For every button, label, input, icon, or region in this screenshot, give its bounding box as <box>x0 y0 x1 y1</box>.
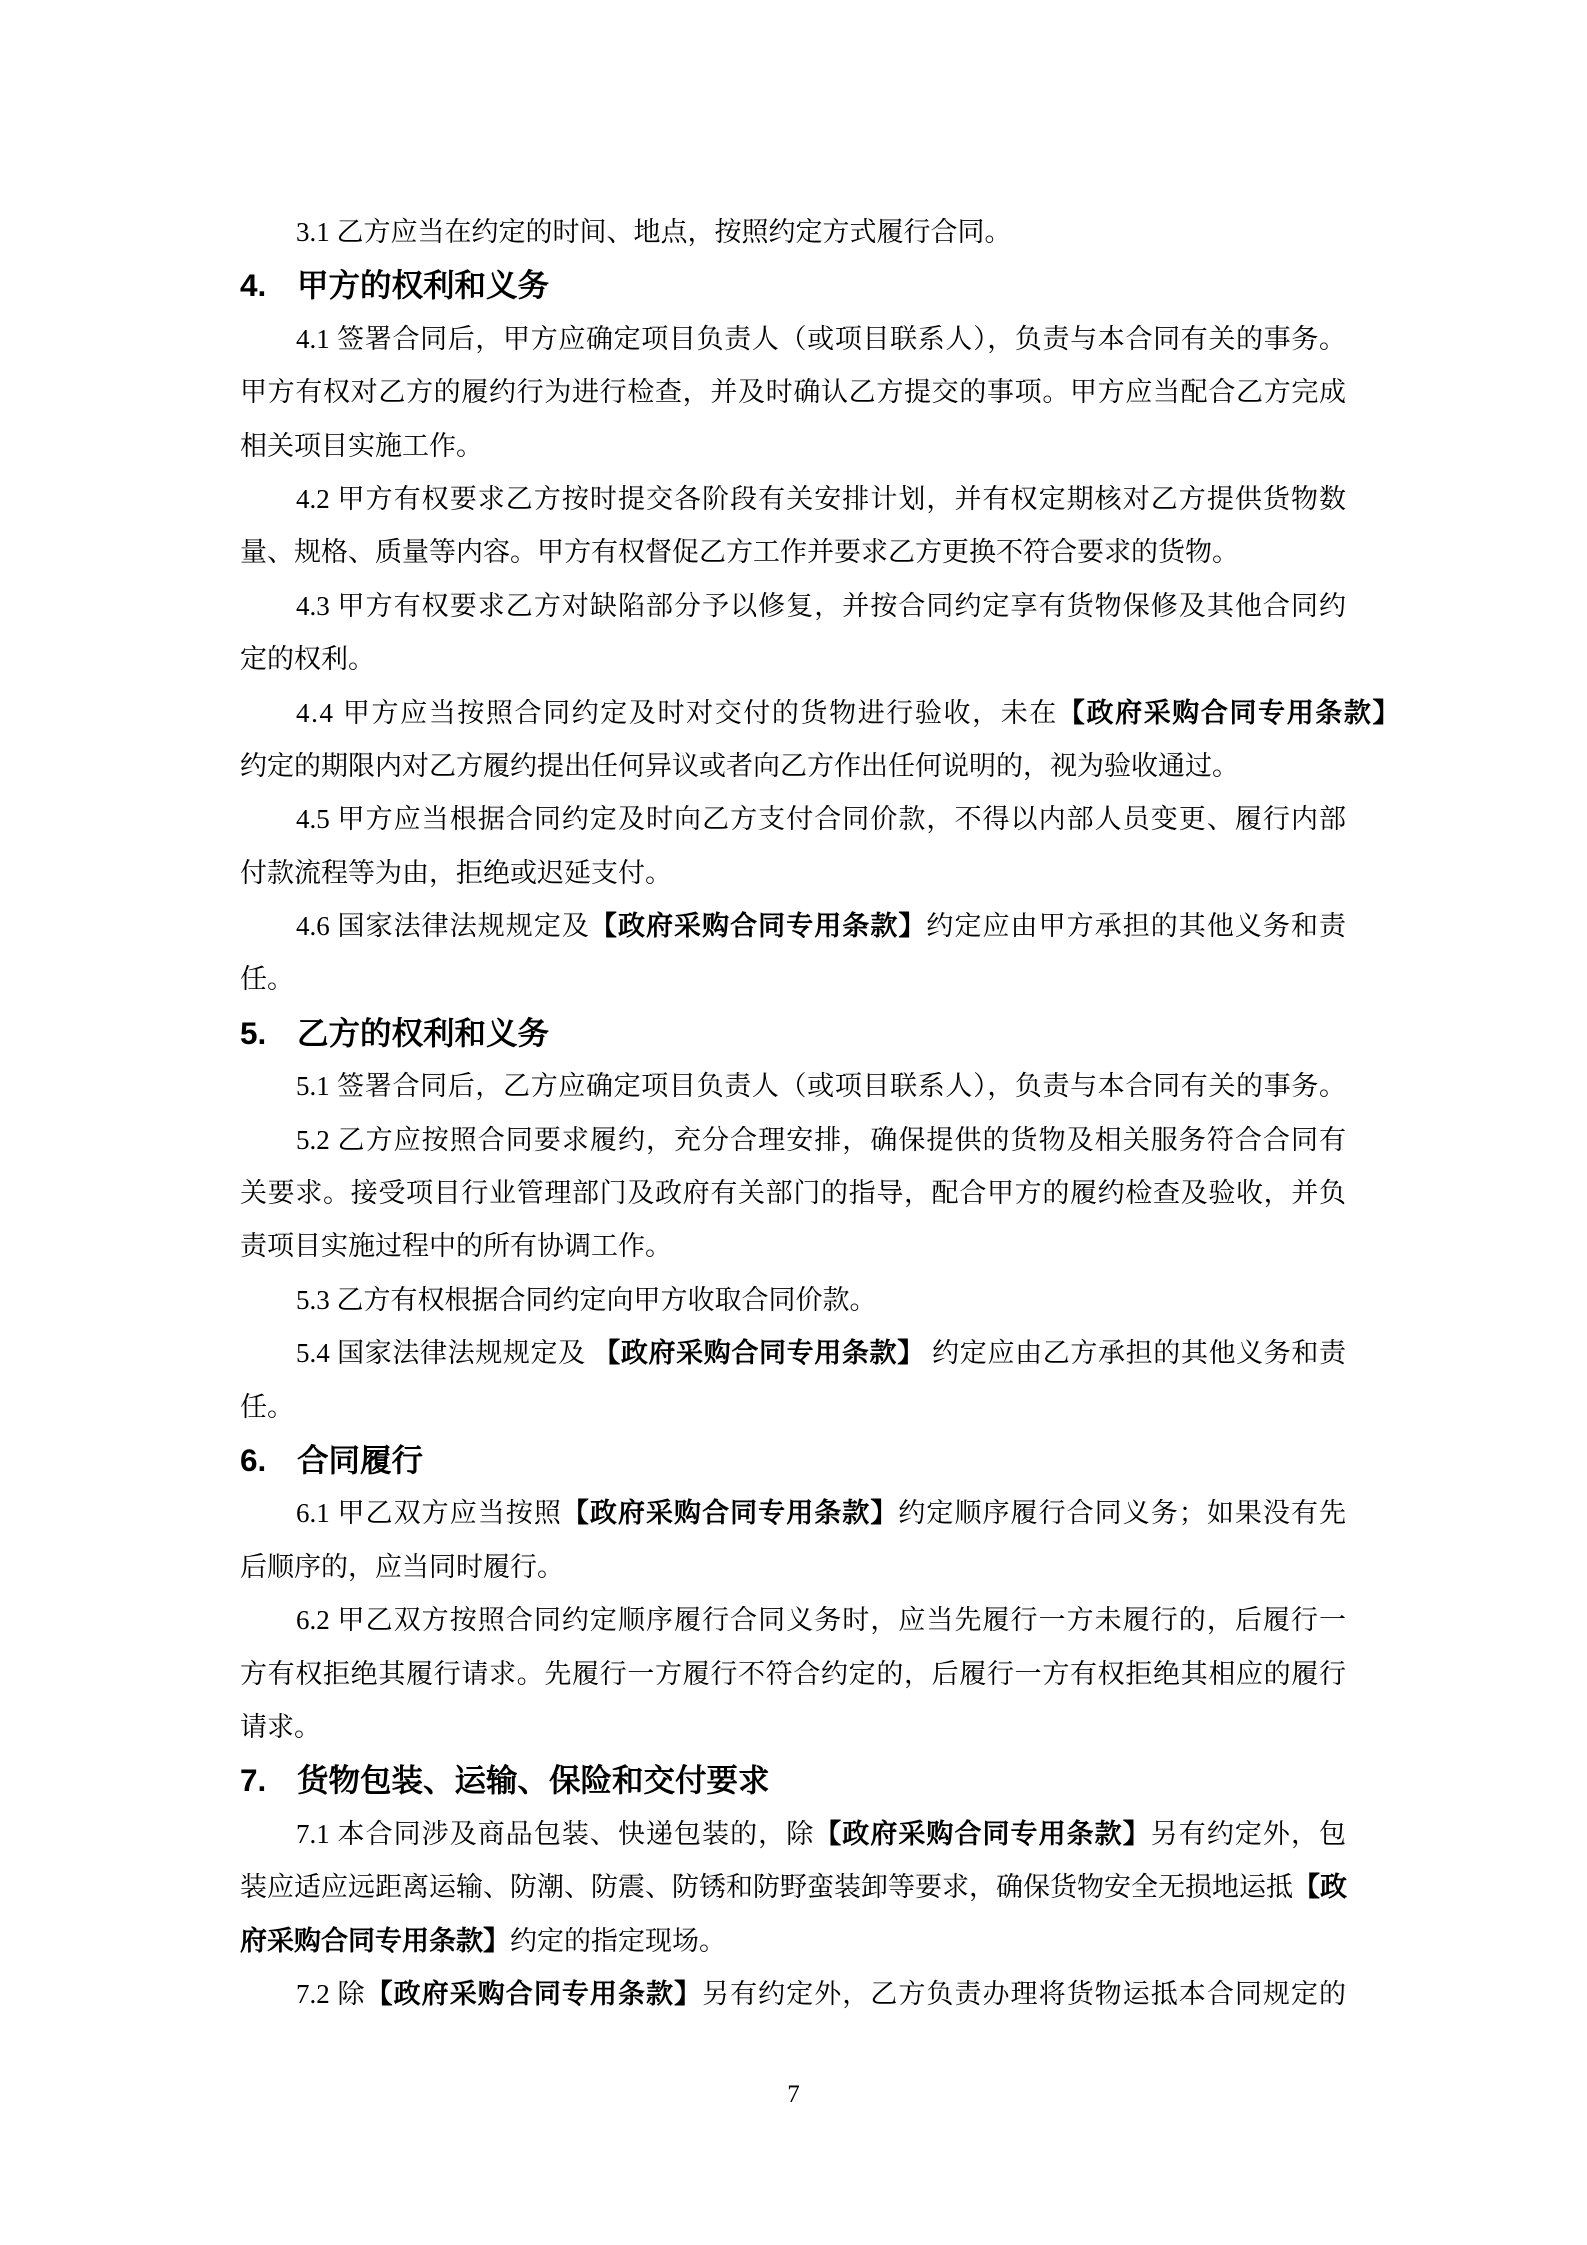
text-run: 5.4 国家法律法规规定及 <box>296 1338 593 1368</box>
paragraph-line: 7.2 除【政府采购合同专用条款】另有约定外，乙方负责办理将货物运抵本合同规定的 <box>240 1968 1346 2021</box>
text-run: 另有约定外，包 <box>1151 1819 1346 1849</box>
text-run: 量、规格、质量等内容。甲方有权督促乙方工作并要求乙方更换不符合要求的货物。 <box>240 537 1239 567</box>
text-run: 付款流程等为由，拒绝或迟延支付。 <box>240 858 672 888</box>
special-terms-reference: 【政府采购合同专用条款】 <box>590 911 927 941</box>
text-run: 6.1 甲乙双方应当按照 <box>296 1498 562 1528</box>
special-terms-reference: 【政府采购合同专用条款】 <box>1058 698 1401 728</box>
paragraph-line: 4.1 签署合同后，甲方应确定项目负责人（或项目联系人），负责与本合同有关的事务… <box>240 313 1346 366</box>
paragraph-line: 7.1 本合同涉及商品包装、快递包装的，除【政府采购合同专用条款】另有约定外，包 <box>240 1808 1346 1861</box>
special-terms-reference: 【政府采购合同专用条款】 <box>562 1498 899 1528</box>
text-run: 约定应由甲方承担的其他义务和责 <box>926 911 1346 941</box>
text-run: 4.5 甲方应当根据合同约定及时向乙方支付合同价款，不得以内部人员变更、履行内部 <box>296 804 1346 834</box>
section-heading: 5.乙方的权利和义务 <box>240 1007 1346 1060</box>
section-heading: 4.甲方的权利和义务 <box>240 259 1346 312</box>
text-run: 约定顺序履行合同义务；如果没有先 <box>898 1498 1346 1528</box>
paragraph-line: 5.2 乙方应按照合同要求履约，充分合理安排，确保提供的货物及相关服务符合合同有 <box>240 1114 1346 1167</box>
section-heading: 7.货物包装、运输、保险和交付要求 <box>240 1754 1346 1807</box>
heading-number: 4. <box>240 259 297 312</box>
text-run: 责项目实施过程中的所有协调工作。 <box>240 1231 672 1261</box>
text-run: 另有约定外，乙方负责办理将货物运抵本合同规定的 <box>702 1979 1346 2009</box>
text-run: 约定的期限内对乙方履约提出任何异议或者向乙方作出任何说明的，视为验收通过。 <box>240 751 1239 781</box>
paragraph-line: 3.1 乙方应当在约定的时间、地点，按照约定方式履行合同。 <box>240 206 1346 259</box>
paragraph-line: 方有权拒绝其履行请求。先履行一方履行不符合约定的，后履行一方有权拒绝其相应的履行 <box>240 1648 1346 1701</box>
paragraph-line: 量、规格、质量等内容。甲方有权督促乙方工作并要求乙方更换不符合要求的货物。 <box>240 526 1346 579</box>
text-run: 5.1 签署合同后，乙方应确定项目负责人（或项目联系人），负责与本合同有关的事务… <box>296 1071 1346 1101</box>
paragraph-line: 府采购合同专用条款】约定的指定现场。 <box>240 1915 1346 1968</box>
special-terms-reference: 【政府采购合同专用条款】 <box>814 1819 1151 1849</box>
text-run: 7.1 本合同涉及商品包装、快递包装的，除 <box>296 1819 814 1849</box>
text-run: 5.3 乙方有权根据合同约定向甲方收取合同价款。 <box>296 1285 877 1315</box>
text-run: 装应适应远距离运输、防潮、防震、防锈和防野蛮装卸等要求，确保货物安全无损地运抵 <box>240 1872 1293 1902</box>
text-run: 约定的指定现场。 <box>510 1926 726 1956</box>
paragraph-line: 4.4 甲方应当按照合同约定及时对交付的货物进行验收，未在【政府采购合同专用条款… <box>240 687 1346 740</box>
paragraph-line: 5.1 签署合同后，乙方应确定项目负责人（或项目联系人），负责与本合同有关的事务… <box>240 1060 1346 1113</box>
text-run: 4.6 国家法律法规规定及 <box>296 911 590 941</box>
heading-title: 甲方的权利和义务 <box>297 267 549 303</box>
text-run: 7.2 除 <box>296 1979 366 2009</box>
page-number: 7 <box>787 2081 800 2108</box>
heading-number: 6. <box>240 1434 297 1487</box>
paragraph-line: 5.3 乙方有权根据合同约定向甲方收取合同价款。 <box>240 1274 1346 1327</box>
paragraph-line: 4.6 国家法律法规规定及【政府采购合同专用条款】约定应由甲方承担的其他义务和责 <box>240 900 1346 953</box>
paragraph-line: 任。 <box>240 1381 1346 1434</box>
special-terms-reference: 【政府采购合同专用条款】 <box>366 1979 703 2009</box>
paragraph-line: 4.3 甲方有权要求乙方对缺陷部分予以修复，并按合同约定享有货物保修及其他合同约 <box>240 580 1346 633</box>
heading-number: 5. <box>240 1007 297 1060</box>
special-terms-reference: 【政府采购合同专用条款】 <box>593 1338 925 1368</box>
paragraph-line: 付款流程等为由，拒绝或迟延支付。 <box>240 847 1346 900</box>
page-footer: 7 <box>0 2080 1587 2110</box>
special-terms-reference: 府采购合同专用条款】 <box>240 1926 510 1956</box>
text-run: 5.2 乙方应按照合同要求履约，充分合理安排，确保提供的货物及相关服务符合合同有 <box>296 1125 1346 1155</box>
paragraph-line: 6.2 甲乙双方按照合同约定顺序履行合同义务时，应当先履行一方未履行的，后履行一 <box>240 1594 1346 1647</box>
paragraph-line: 甲方有权对乙方的履约行为进行检查，并及时确认乙方提交的事项。甲方应当配合乙方完成 <box>240 366 1346 419</box>
paragraph-line: 4.5 甲方应当根据合同约定及时向乙方支付合同价款，不得以内部人员变更、履行内部 <box>240 793 1346 846</box>
heading-title: 乙方的权利和义务 <box>297 1015 549 1051</box>
text-run: 4.4 甲方应当按照合同约定及时对交付的货物进行验收，未在 <box>296 698 1058 728</box>
paragraph-line: 4.2 甲方有权要求乙方按时提交各阶段有关安排计划，并有权定期核对乙方提供货物数 <box>240 473 1346 526</box>
text-run: 请求。 <box>240 1712 321 1742</box>
paragraph-line: 请求。 <box>240 1701 1346 1754</box>
contract-document-page: 3.1 乙方应当在约定的时间、地点，按照约定方式履行合同。4.甲方的权利和义务4… <box>0 0 1587 2245</box>
text-run: 6.2 甲乙双方按照合同约定顺序履行合同义务时，应当先履行一方未履行的，后履行一 <box>296 1605 1346 1635</box>
text-run: 4.1 签署合同后，甲方应确定项目负责人（或项目联系人），负责与本合同有关的事务… <box>296 324 1346 354</box>
paragraph-line: 关要求。接受项目行业管理部门及政府有关部门的指导，配合甲方的履约检查及验收，并负 <box>240 1167 1346 1220</box>
text-run: 任。 <box>240 1392 294 1422</box>
text-run: 关要求。接受项目行业管理部门及政府有关部门的指导，配合甲方的履约检查及验收，并负 <box>240 1178 1346 1208</box>
heading-title: 货物包装、运输、保险和交付要求 <box>297 1762 770 1798</box>
text-run: 3.1 乙方应当在约定的时间、地点，按照约定方式履行合同。 <box>296 217 1012 247</box>
paragraph-line: 任。 <box>240 953 1346 1006</box>
section-heading: 6.合同履行 <box>240 1434 1346 1487</box>
text-run: 4.2 甲方有权要求乙方按时提交各阶段有关安排计划，并有权定期核对乙方提供货物数 <box>296 484 1346 514</box>
text-run: 相关项目实施工作。 <box>240 431 483 461</box>
paragraph-line: 6.1 甲乙双方应当按照【政府采购合同专用条款】约定顺序履行合同义务；如果没有先 <box>240 1487 1346 1540</box>
paragraph-line: 装应适应远距离运输、防潮、防震、防锈和防野蛮装卸等要求，确保货物安全无损地运抵【… <box>240 1861 1346 1914</box>
special-terms-reference: 【政 <box>1293 1872 1347 1902</box>
paragraph-line: 责项目实施过程中的所有协调工作。 <box>240 1220 1346 1273</box>
text-run: 任。 <box>240 964 294 994</box>
heading-title: 合同履行 <box>297 1442 423 1478</box>
document-body: 3.1 乙方应当在约定的时间、地点，按照约定方式履行合同。4.甲方的权利和义务4… <box>240 206 1346 2021</box>
text-run: 约定应由乙方承担的其他义务和责 <box>925 1338 1346 1368</box>
heading-number: 7. <box>240 1754 297 1807</box>
text-run: 方有权拒绝其履行请求。先履行一方履行不符合约定的，后履行一方有权拒绝其相应的履行 <box>240 1659 1346 1689</box>
paragraph-line: 5.4 国家法律法规规定及 【政府采购合同专用条款】 约定应由乙方承担的其他义务… <box>240 1327 1346 1380</box>
text-run: 定的权利。 <box>240 644 375 674</box>
text-run: 4.3 甲方有权要求乙方对缺陷部分予以修复，并按合同约定享有货物保修及其他合同约 <box>296 591 1346 621</box>
text-run: 甲方有权对乙方的履约行为进行检查，并及时确认乙方提交的事项。甲方应当配合乙方完成 <box>240 377 1346 407</box>
paragraph-line: 约定的期限内对乙方履约提出任何异议或者向乙方作出任何说明的，视为验收通过。 <box>240 740 1346 793</box>
paragraph-line: 相关项目实施工作。 <box>240 420 1346 473</box>
paragraph-line: 后顺序的，应当同时履行。 <box>240 1541 1346 1594</box>
text-run: 后顺序的，应当同时履行。 <box>240 1552 564 1582</box>
paragraph-line: 定的权利。 <box>240 633 1346 686</box>
